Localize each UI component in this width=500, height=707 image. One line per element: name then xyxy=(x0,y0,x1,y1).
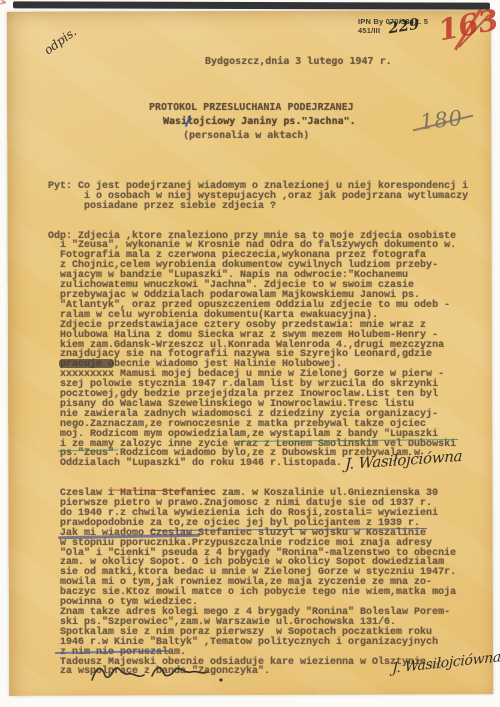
scan-edge-top xyxy=(13,1,490,9)
subject-name-line: Wasiłojciowy Janiny ps."Jachna". xyxy=(163,117,356,127)
interrogator-signature xyxy=(88,658,228,692)
overtyped-blackout xyxy=(59,359,114,368)
date-line: Bydgoszcz,dnia 3 lutego 1947 r. xyxy=(205,57,392,67)
document-title: PROTOKOL PRZESLUCHANIA PODEJRZANEJ xyxy=(149,103,354,113)
red-margin-mark-2 xyxy=(0,1,6,5)
typed-body-text: Pyt: Co jest podejrzanej wiadomym o znal… xyxy=(48,182,468,677)
personalia-note: (personalia w aktach) xyxy=(183,131,309,141)
